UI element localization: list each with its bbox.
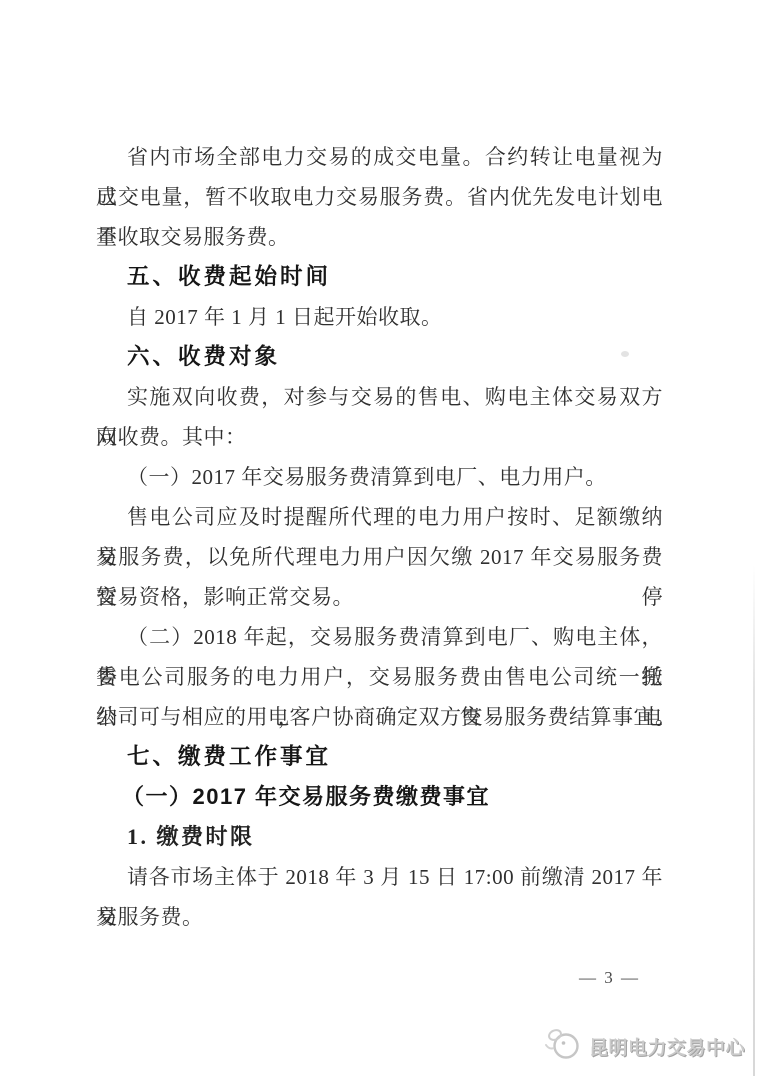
text-line: 不收取交易服务费。	[96, 217, 663, 257]
section-heading-five: 五、收费起始时间	[96, 257, 663, 297]
scan-smudge	[621, 351, 629, 357]
document-page: 省内市场全部电力交易的成交电量。合约转让电量视为已 成交电量，暂不收取电力交易服…	[0, 0, 758, 1076]
text-line: 省内市场全部电力交易的成交电量。合约转让电量视为已	[96, 137, 663, 177]
text-line: 公司可与相应的用电客户协商确定双方交易服务费结算事宜。	[96, 697, 663, 737]
text-line: 成交电量，暂不收取电力交易服务费。省内优先发电计划电量	[96, 177, 663, 217]
footer-watermark: 昆明电力交易中心	[542, 1024, 745, 1069]
section-heading-seven: 七、缴费工作事宜	[96, 737, 663, 777]
subsection-heading-one: （一）2017 年交易服务费缴费事宜	[96, 777, 663, 817]
kunming-exchange-logo-icon	[542, 1024, 584, 1069]
text-line: 实施双向收费，对参与交易的售电、购电主体交易双方双	[96, 377, 663, 417]
text-line: 售电公司应及时提醒所代理的电力用户按时、足额缴纳交	[96, 497, 663, 537]
text-line: （二）2018 年起，交易服务费清算到电厂、购电主体，委托	[96, 617, 663, 657]
document-body: 省内市场全部电力交易的成交电量。合约转让电量视为已 成交电量，暂不收取电力交易服…	[96, 137, 663, 937]
text-line: 请各市场主体于 2018 年 3 月 15 日 17:00 前缴清 2017 年…	[96, 857, 663, 897]
subsection-heading-payment-deadline: 1. 缴费时限	[96, 817, 663, 857]
text-line: 售电公司服务的电力用户，交易服务费由售电公司统一缴纳，售电	[96, 657, 663, 697]
footer-brand-text: 昆明电力交易中心	[589, 1033, 745, 1060]
text-line: （一）2017 年交易服务费清算到电厂、电力用户。	[96, 457, 663, 497]
text-line: 向收费。其中：	[96, 417, 663, 457]
text-line: 易服务费，以免所代理电力用户因欠缴 2017 年交易服务费暂停	[96, 537, 663, 577]
section-heading-six: 六、收费对象	[96, 337, 663, 377]
scan-edge-artifact	[753, 565, 755, 1076]
page-number: — 3 —	[0, 968, 640, 988]
text-line: 易服务费。	[96, 897, 663, 937]
text-line: 自 2017 年 1 月 1 日起开始收取。	[96, 297, 663, 337]
